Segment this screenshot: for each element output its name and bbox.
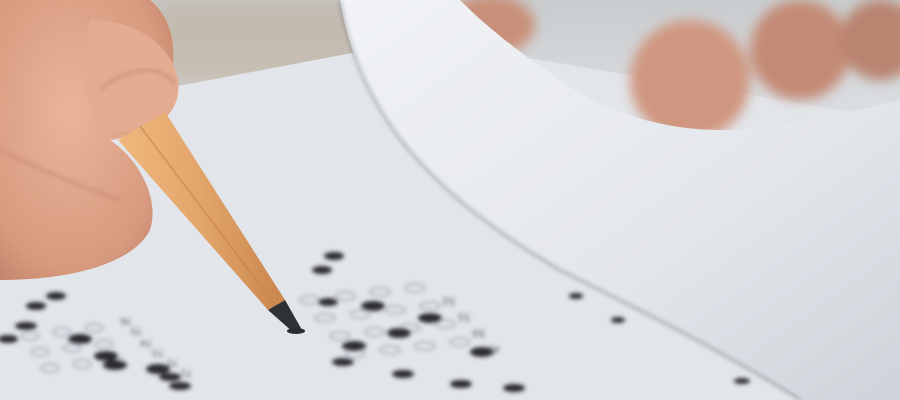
question-number: 52	[442, 295, 455, 306]
scene-illustration: 52 51 50 49	[0, 0, 900, 400]
question-number: 76	[120, 315, 132, 325]
photo-scene: 52 51 50 49	[0, 0, 900, 400]
question-number: 72	[167, 357, 178, 367]
question-number: 51	[457, 311, 470, 322]
question-number: 74	[140, 337, 152, 347]
question-number: 49	[487, 343, 500, 354]
question-number: 73	[153, 347, 164, 357]
question-number: 75	[131, 325, 142, 335]
question-number: 71	[181, 367, 192, 377]
question-number: 50	[472, 327, 485, 338]
